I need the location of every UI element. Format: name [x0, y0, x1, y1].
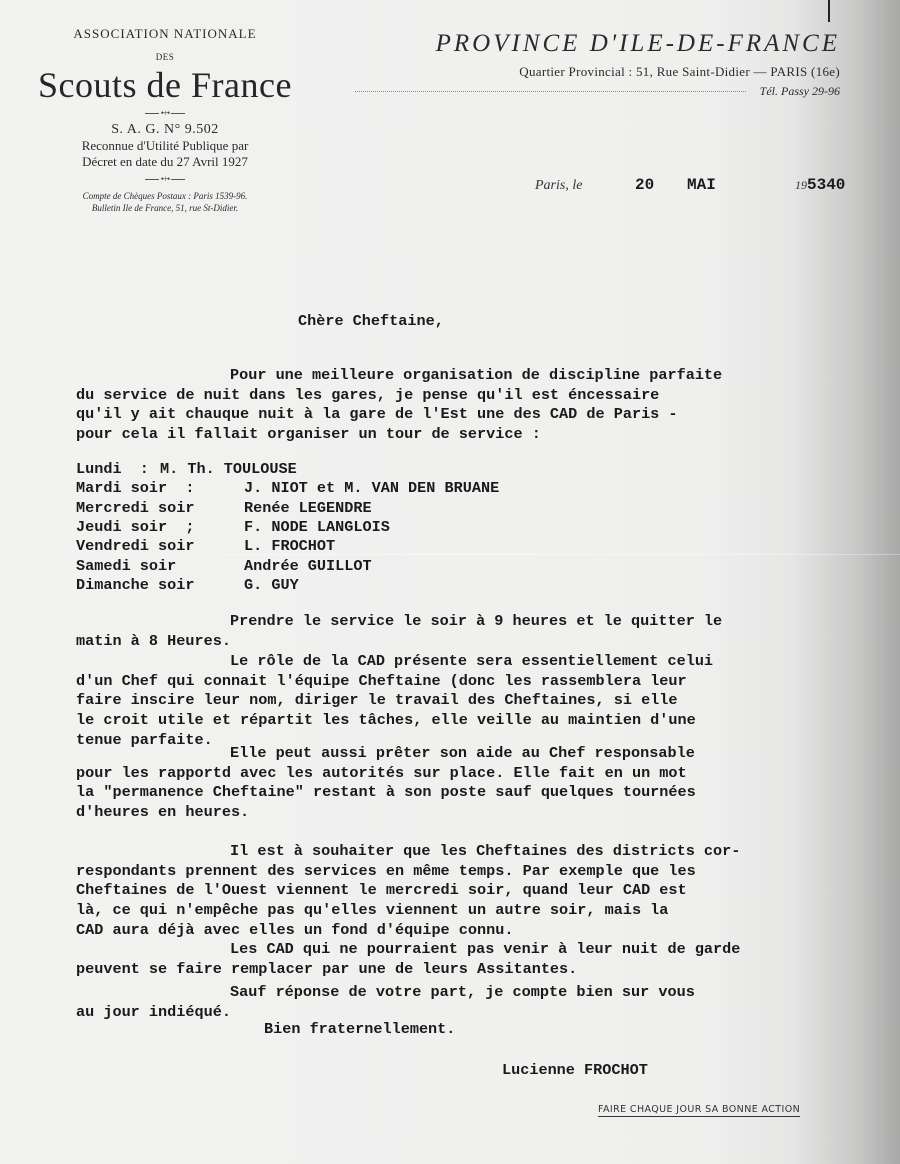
- pen-mark: [828, 0, 830, 22]
- recognition-line-1: Reconnue d'Utilité Publique par: [0, 138, 330, 154]
- schedule-names: M. Th. TOULOUSE: [160, 460, 297, 478]
- help-paragraph-line: la "permanence Cheftaine" restant à son …: [76, 783, 696, 802]
- schedule-names: G. GUY: [244, 576, 299, 594]
- schedule-day: Vendredi soir: [76, 537, 194, 555]
- districts-paragraph-line: Il est à souhaiter que les Cheftaines de…: [230, 842, 740, 861]
- date-year-printed: 19: [795, 178, 807, 192]
- intro-paragraph-line: du service de nuit dans les gares, je pe…: [76, 386, 659, 405]
- closing-paragraph-line: au jour indiéqué.: [76, 1003, 231, 1022]
- intro-paragraph-line: Pour une meilleure organisation de disci…: [230, 366, 722, 385]
- brand-name: Scouts de France: [0, 66, 330, 104]
- letter-page: ASSOCIATION NATIONALE DES Scouts de Fran…: [0, 0, 900, 1164]
- letterhead-association: ASSOCIATION NATIONALE DES Scouts de Fran…: [0, 26, 330, 214]
- greeting: Chère Cheftaine,: [298, 312, 444, 330]
- replace-paragraph-line: peuvent se faire remplacer par une de le…: [76, 960, 577, 979]
- replace-paragraph-line: Les CAD qui ne pourraient pas venir à le…: [230, 940, 740, 959]
- schedule-names: Andrée GUILLOT: [244, 557, 372, 575]
- hours-paragraph-line: matin à 8 Heures.: [76, 632, 231, 651]
- dotted-rule: [355, 91, 746, 92]
- districts-paragraph-line: respondants prennent des services en mêm…: [76, 862, 696, 881]
- intro-paragraph-line: qu'il y ait chauque nuit à la gare de l'…: [76, 405, 678, 424]
- letterhead-province: PROVINCE D'ILE-DE-FRANCE Quartier Provin…: [355, 30, 840, 99]
- sag-number: S. A. G. N° 9.502: [0, 122, 330, 138]
- role-paragraph-line: faire inscire leur nom, diriger le trava…: [76, 691, 678, 710]
- date-prefix: Paris, le: [535, 178, 582, 194]
- association-des: DES: [0, 52, 330, 62]
- districts-paragraph-line: Cheftaines de l'Ouest viennent le mercre…: [76, 881, 687, 900]
- date-month: MAI: [687, 176, 716, 194]
- help-paragraph-line: pour les rapportd avec les autorités sur…: [76, 764, 687, 783]
- ornament-divider-icon: •+•: [0, 174, 330, 184]
- role-paragraph-line: d'un Chef qui connait l'équipe Cheftaine…: [76, 672, 687, 691]
- schedule-day: Mercredi soir: [76, 499, 194, 517]
- role-paragraph-line: Le rôle de la CAD présente sera essentie…: [230, 652, 713, 671]
- province-title: PROVINCE D'ILE-DE-FRANCE: [355, 30, 840, 58]
- schedule-names: Renée LEGENDRE: [244, 499, 372, 517]
- role-paragraph-line: le croit utile et répartit les tâches, e…: [76, 711, 696, 730]
- schedule-day: Lundi :: [76, 460, 149, 478]
- closing-paragraph-line: Sauf réponse de votre part, je compte bi…: [230, 983, 695, 1002]
- date-year-typed: 5340: [807, 176, 845, 194]
- bulletin-address: Bulletin Ile de France, 51, rue St-Didie…: [0, 202, 330, 214]
- date-day: 20: [635, 176, 654, 194]
- help-paragraph-line: Elle peut aussi prêter son aide au Chef …: [230, 744, 695, 763]
- date-line: Paris, le 20 MAI 195340: [535, 176, 845, 196]
- signature: Lucienne FROCHOT: [502, 1061, 648, 1079]
- schedule-day: Samedi soir: [76, 557, 176, 575]
- schedule-names: J. NIOT et M. VAN DEN BRUANE: [244, 479, 499, 497]
- schedule-day: Mardi soir :: [76, 479, 194, 497]
- schedule-day: Dimanche soir: [76, 576, 194, 594]
- role-paragraph-line: tenue parfaite.: [76, 731, 213, 750]
- province-address: Quartier Provincial : 51, Rue Saint-Didi…: [355, 64, 840, 80]
- schedule-names: F. NODE LANGLOIS: [244, 518, 390, 536]
- districts-paragraph-line: là, ce qui n'empêche pas qu'elles vienne…: [76, 901, 668, 920]
- ornament-divider-icon: •+•: [0, 108, 330, 118]
- scout-motto: FAIRE CHAQUE JOUR SA BONNE ACTION: [598, 1104, 800, 1117]
- valediction: Bien fraternellement.: [264, 1020, 455, 1039]
- schedule-day: Jeudi soir ;: [76, 518, 194, 536]
- association-title: ASSOCIATION NATIONALE: [0, 26, 330, 42]
- date-year: 195340: [795, 176, 845, 194]
- schedule-names: L. FROCHOT: [244, 537, 335, 555]
- hours-paragraph-line: Prendre le service le soir à 9 heures et…: [230, 612, 722, 631]
- postal-account: Compte de Chèques Postaux : Paris 1539-9…: [0, 190, 330, 202]
- recognition-line-2: Décret en date du 27 Avril 1927: [0, 154, 330, 170]
- districts-paragraph-line: CAD aura déjà avec elles un fond d'équip…: [76, 921, 513, 940]
- telephone-row: Tél. Passy 29-96: [355, 84, 840, 99]
- telephone: Tél. Passy 29-96: [760, 84, 840, 99]
- intro-paragraph-line: pour cela il fallait organiser un tour d…: [76, 425, 541, 444]
- help-paragraph-line: d'heures en heures.: [76, 803, 249, 822]
